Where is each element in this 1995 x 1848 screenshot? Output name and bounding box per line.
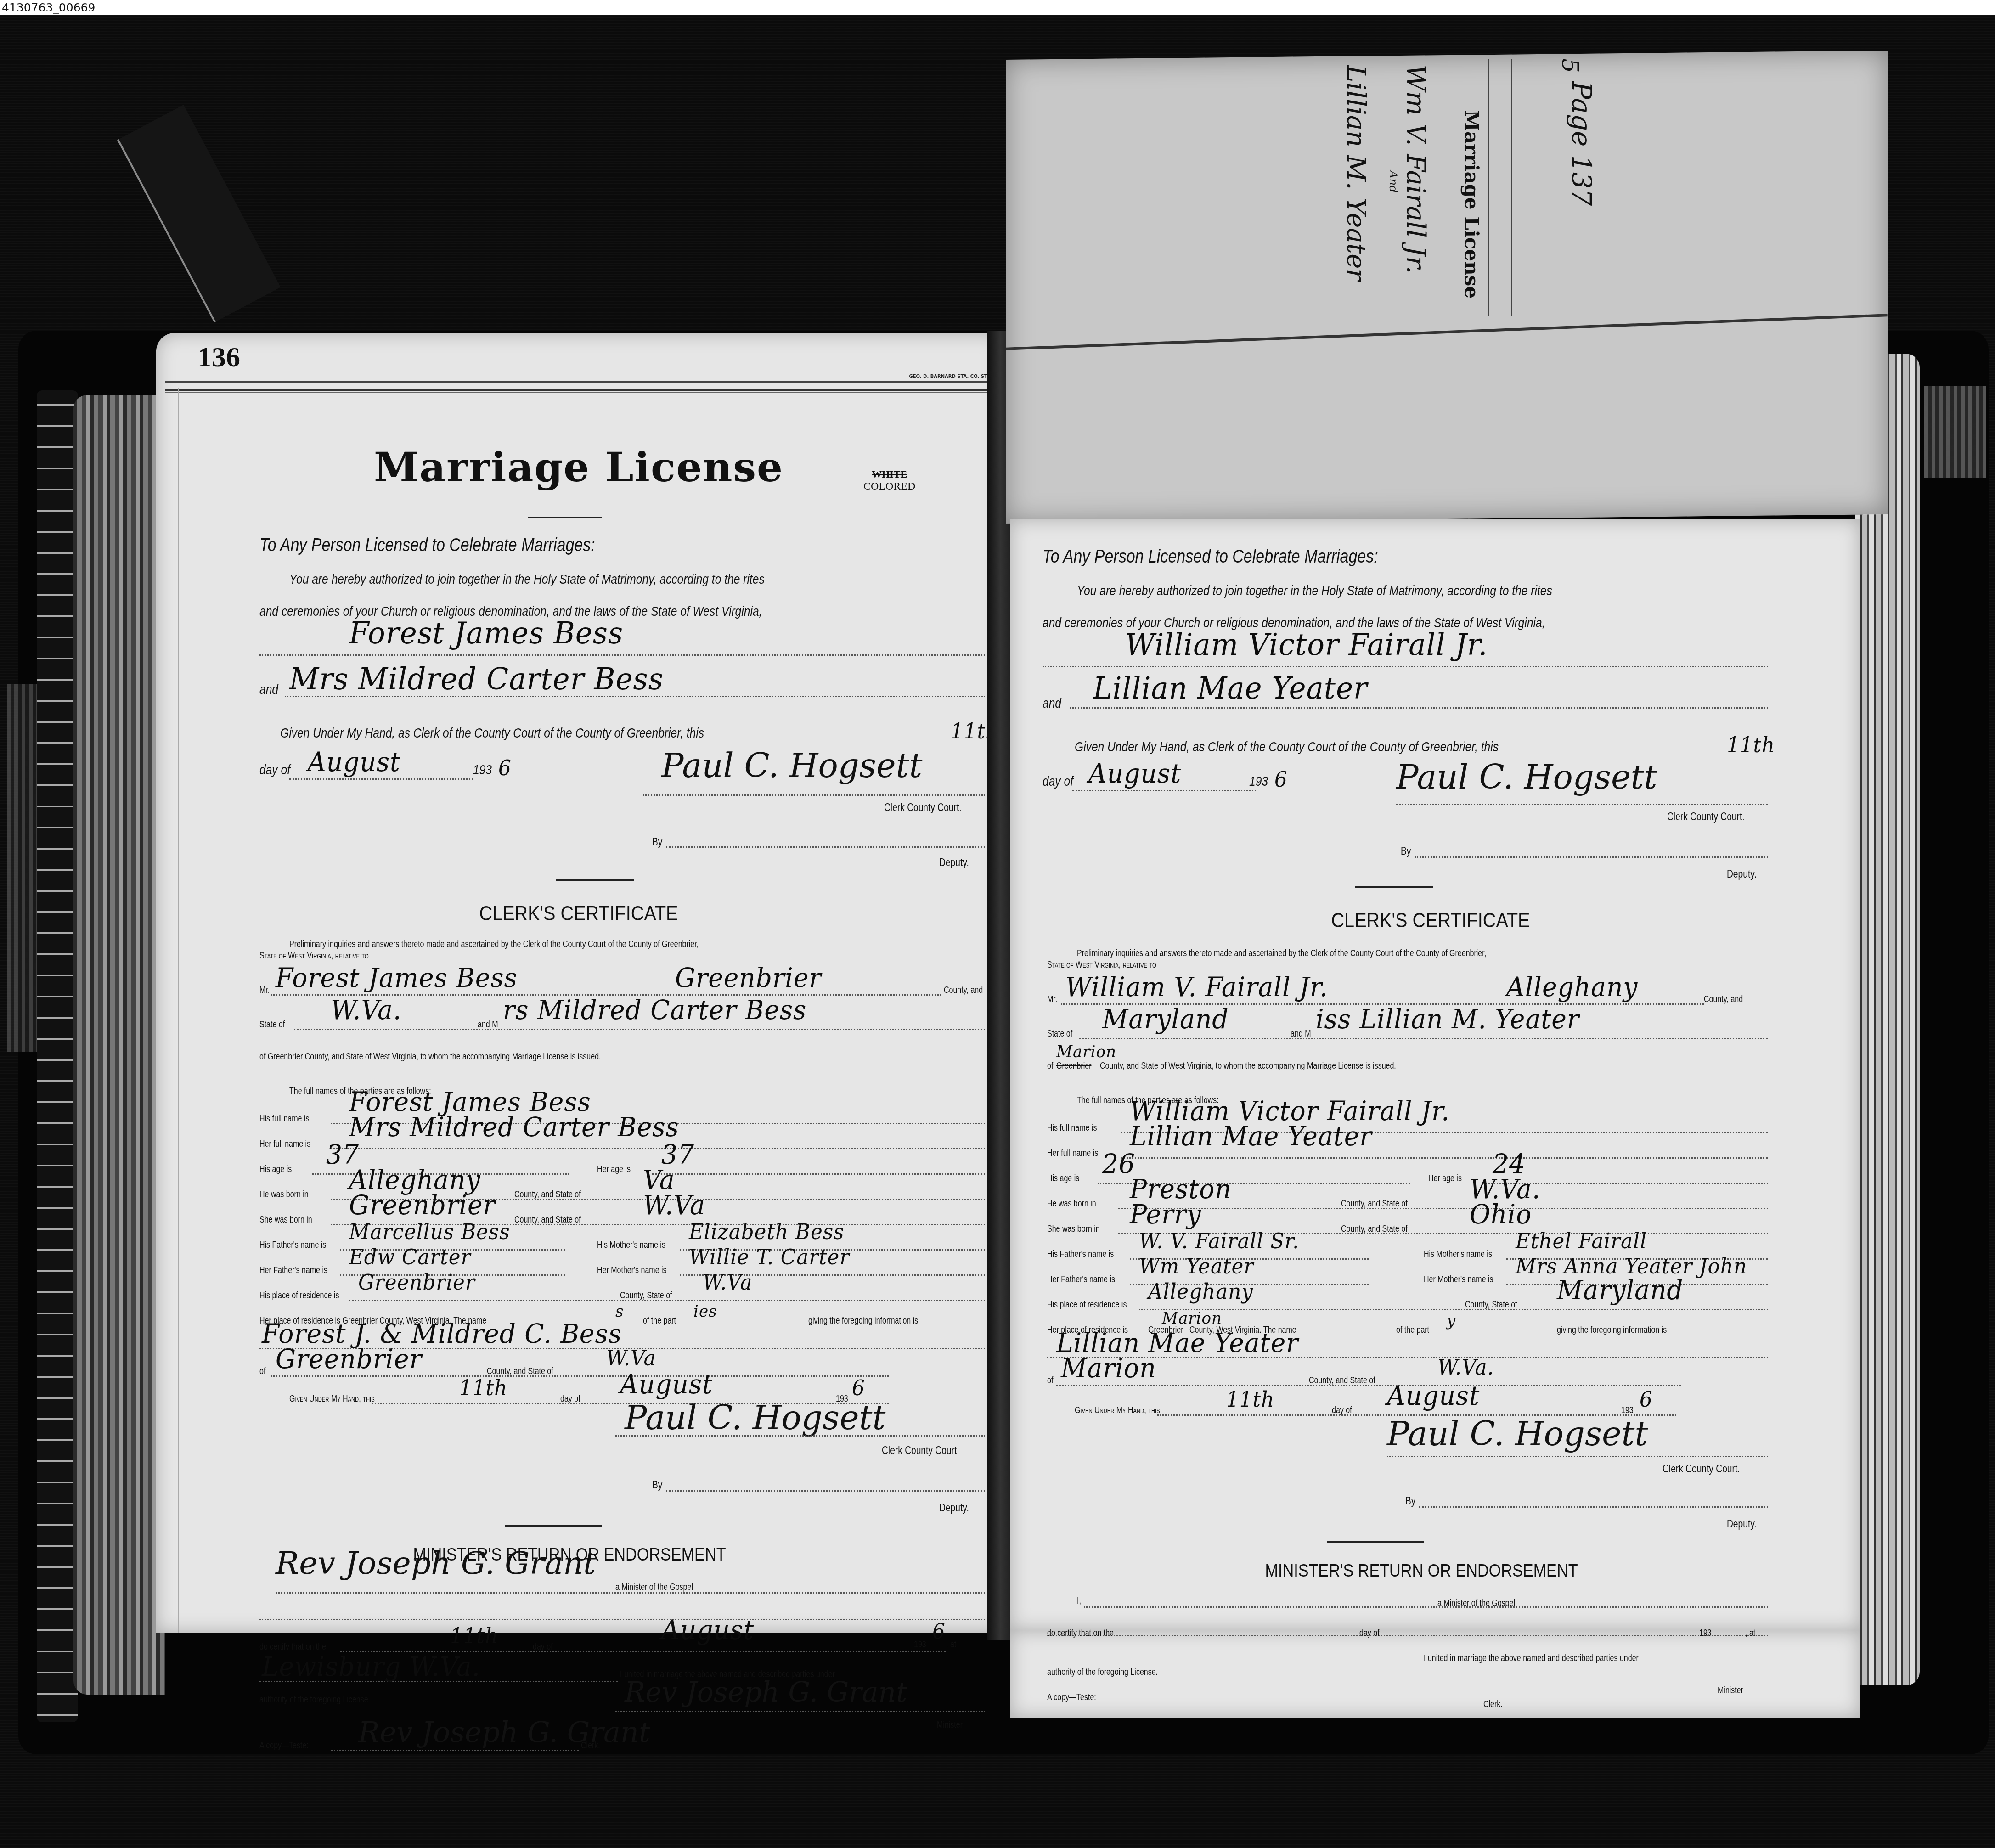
r-his-mother-label: His Mother's name is	[1424, 1249, 1492, 1260]
day-of-label: day of	[259, 762, 290, 778]
cert-deputy-label: Deputy.	[939, 1502, 969, 1515]
she-born-county: Greenbrier	[349, 1189, 496, 1221]
her-full-name-label: Her full name is	[259, 1139, 310, 1149]
ledger-spine	[37, 390, 78, 1722]
r-copy-clerk-label: Clerk.	[1483, 1699, 1503, 1710]
informant-of-label: of	[259, 1366, 265, 1377]
r-authority-line: authority of the foregoing License.	[1047, 1667, 1158, 1678]
minister-year-prefix: 193	[914, 1640, 926, 1650]
r-cert-day: 11th	[1226, 1387, 1274, 1412]
mr-label: Mr.	[259, 985, 270, 996]
race-struck: WHITE	[863, 468, 915, 480]
clerk-signature: Paul C. Hogsett	[661, 746, 922, 785]
r-party-suffix: y	[1447, 1311, 1456, 1330]
r-cert-of-county-line: County, and State of West Virginia, to w…	[1100, 1061, 1396, 1071]
r-her-father-label: Her Father's name is	[1047, 1274, 1115, 1285]
margin-rule	[178, 388, 179, 1633]
section-divider	[556, 879, 634, 881]
license-address: To Any Person Licensed to Celebrate Marr…	[259, 535, 595, 556]
r-his-residence-label: His place of residence is	[1047, 1300, 1127, 1310]
r-his-father: W. V. Fairall Sr.	[1139, 1228, 1299, 1253]
r-minister-year-prefix: 193	[1699, 1628, 1712, 1639]
cert-given-hand: Given Under My Hand, this	[289, 1394, 375, 1404]
license-year-suffix: 6	[498, 755, 512, 780]
cert-of-county-line: of Greenbrier County, and State of West …	[259, 1052, 601, 1062]
insert-page-ref: Page 137	[1566, 81, 1597, 206]
r-cert-given-hand: Given Under My Hand, this	[1075, 1405, 1160, 1416]
r-copy-teste-label: A copy—Teste:	[1047, 1692, 1096, 1703]
groom-name: Forest James Bess	[349, 615, 623, 651]
license-month: August	[308, 746, 400, 778]
she-county-state-label: County, and State of	[514, 1215, 581, 1225]
r-by-label: By	[1401, 845, 1411, 858]
r-he-county-state-label: County, and State of	[1341, 1199, 1408, 1209]
r-he-born-label: He was born in	[1047, 1199, 1096, 1209]
folded-insert: Page 137 5 Marriage License Wm V. Fairal…	[1006, 51, 1888, 524]
r-clerk-signature: Paul C. Hogsett	[1396, 758, 1657, 796]
license-line1: You are hereby authorized to join togeth…	[289, 572, 765, 587]
r-his-residence: Alleghany	[1148, 1279, 1253, 1304]
image-id-label: 4130763_00669	[2, 1, 95, 14]
r-bride-name: Lillian Mae Yeater	[1093, 670, 1368, 706]
by-label: By	[652, 836, 662, 849]
his-residence-label: His place of residence is	[259, 1290, 339, 1301]
cert-month: August	[620, 1369, 713, 1400]
cert-mr-county: Greenbrier	[675, 962, 822, 993]
r-and-m-label: and M	[1291, 1029, 1311, 1039]
his-full-name-label: His full name is	[259, 1114, 309, 1124]
r-minister-label: Minister	[1718, 1685, 1743, 1696]
he-born-label: He was born in	[259, 1189, 309, 1200]
r-cert-state-line: State of West Virginia, relative to	[1047, 960, 1156, 970]
minister-day: 11th	[450, 1623, 498, 1648]
clerk-label: Clerk County Court.	[884, 801, 962, 814]
r-minister-at-label: , at	[1745, 1628, 1755, 1639]
r-cert-clerk-signature: Paul C. Hogsett	[1387, 1414, 1648, 1453]
r-certify-label: do certify that on the	[1047, 1628, 1114, 1639]
page-edges-left	[73, 395, 165, 1695]
his-father-label: His Father's name is	[259, 1240, 326, 1251]
r-minister-of-gospel: a Minister of the Gospel	[1437, 1598, 1515, 1609]
race-stamp: WHITE COLORED	[863, 468, 915, 493]
r-of-the-part-label: of the part	[1396, 1325, 1429, 1335]
informant-state: W.Va	[606, 1346, 656, 1370]
cert-mr-name: Forest James Bess	[276, 962, 518, 993]
r-informant-county-state-label: County, and State of	[1309, 1375, 1375, 1386]
insert-header: Marriage License	[1460, 110, 1483, 299]
r-of-county-struck: Greenbrier	[1056, 1061, 1091, 1071]
his-mother-label: His Mother's name is	[597, 1240, 665, 1251]
r-cert-by-label: By	[1405, 1495, 1415, 1508]
cert-day-of: day of	[560, 1394, 580, 1404]
r-state-of-label: State of	[1047, 1029, 1072, 1039]
r-license-line1: You are hereby authorized to join togeth…	[1077, 583, 1552, 599]
r-informant-county: Marion	[1061, 1352, 1156, 1384]
license-year-prefix: 193	[473, 762, 492, 778]
r-informant-state: W.Va.	[1437, 1355, 1494, 1380]
insert-bride: Lillian M. Yeater	[1341, 65, 1371, 282]
header-rule-thin	[165, 392, 1001, 393]
of-the-part-label: of the part	[643, 1316, 676, 1326]
page-number: 136	[197, 341, 240, 374]
title-divider	[528, 517, 602, 518]
r-cert-mr-name: William V. Fairall Jr.	[1065, 971, 1328, 1003]
r-cert-ms-name: iss Lillian M. Yeater	[1316, 1003, 1579, 1035]
copy-teste-label: A copy—Teste:	[259, 1741, 309, 1751]
r-she-born-state: Ohio	[1470, 1199, 1532, 1230]
her-mother: Willie T. Carter	[689, 1245, 850, 1269]
she-born-state: W.Va	[643, 1189, 705, 1221]
r-mr-label: Mr.	[1047, 994, 1057, 1005]
bride-name: Mrs Mildred Carter Bess	[289, 661, 664, 697]
cert-ms-name: rs Mildred Carter Bess	[503, 994, 806, 1025]
r-license-year-suffix: 6	[1274, 767, 1288, 792]
image-header: 4130763_00669	[0, 0, 1995, 15]
r-she-county-state-label: County, and State of	[1341, 1224, 1408, 1234]
right-page-lower: do certify that on the day of 193 , at I…	[1010, 1630, 1860, 1718]
state-of-label: State of	[259, 1020, 285, 1030]
his-age-label: His age is	[259, 1164, 292, 1175]
r-cert-intro: Preliminary inquiries and answers theret…	[1077, 948, 1486, 959]
r-license-month: August	[1088, 758, 1181, 789]
r-his-father-label: His Father's name is	[1047, 1249, 1114, 1260]
right-page: To Any Person Licensed to Celebrate Marr…	[1010, 519, 1860, 1630]
marriage-place: Lewisburg W.Va.	[262, 1651, 480, 1682]
left-page: 136 GEO. D. BARNARD STA. CO. ST. LO Marr…	[156, 333, 1001, 1633]
r-cert-month: August	[1387, 1380, 1480, 1411]
r-his-full-name-label: His full name is	[1047, 1123, 1097, 1133]
r-clerks-certificate-title: CLERK'S CERTIFICATE	[1044, 909, 1817, 932]
printer-imprint: GEO. D. BARNARD STA. CO. ST. LO	[909, 374, 997, 379]
r-her-full-name-label: Her full name is	[1047, 1148, 1098, 1159]
clerks-certificate-title: CLERK'S CERTIFICATE	[198, 902, 959, 925]
she-born-label: She was born in	[259, 1215, 312, 1225]
minister-divider	[505, 1525, 602, 1527]
her-full-name: Mrs Mildred Carter Bess	[349, 1111, 679, 1143]
r-and-label: and	[1043, 696, 1061, 711]
r-of-county-written: Marion	[1056, 1042, 1116, 1061]
party-suffix: ies	[693, 1302, 717, 1321]
his-father: Marcellus Bess	[349, 1219, 510, 1244]
her-mother-label: Her Mother's name is	[597, 1265, 667, 1276]
r-her-full-name: Lillian Mae Yeater	[1130, 1121, 1372, 1152]
fold-crease	[1006, 314, 1887, 350]
r-cert-day-of: day of	[1332, 1405, 1352, 1416]
race-selected: COLORED	[863, 480, 915, 492]
r-informant-of-label: of	[1047, 1375, 1053, 1386]
cert-day: 11th	[459, 1375, 507, 1400]
r-she-born-county: Perry	[1130, 1199, 1201, 1230]
r-united-line: I united in marriage the above named and…	[1424, 1653, 1639, 1664]
cert-year-suffix: 6	[852, 1375, 865, 1400]
her-father: Edw Carter	[349, 1245, 471, 1269]
minister-of-gospel: a Minister of the Gospel	[615, 1582, 693, 1593]
minister-name: Rev Joseph G. Grant	[276, 1545, 596, 1582]
r-cert-mr-state: Maryland	[1102, 1003, 1229, 1035]
cert-clerk-label: Clerk County Court.	[882, 1444, 959, 1457]
r-minister-day-of: day of	[1359, 1628, 1380, 1639]
copy-clerk-label: Clerk.	[581, 1741, 600, 1751]
giving-info-label: giving the foregoing information is	[808, 1316, 918, 1326]
cloth-strip-right	[1924, 386, 1986, 478]
cert-intro: Preliminary inquiries and answers theret…	[289, 939, 699, 950]
his-res-county-state-label: County, State of	[620, 1290, 672, 1301]
his-mother: Elizabeth Bess	[689, 1219, 844, 1244]
given-line: Given Under My Hand, as Clerk of the Cou…	[280, 726, 704, 741]
r-cert-year-suffix: 6	[1640, 1387, 1653, 1412]
county-and-label: County, and	[944, 985, 983, 996]
minister-year-suffix: 6	[932, 1619, 946, 1644]
r-his-residence-state: Maryland	[1557, 1274, 1684, 1306]
r-of-prefix: of	[1047, 1061, 1053, 1071]
r-section-divider	[1355, 886, 1433, 888]
r-giving-info-label: giving the foregoing information is	[1557, 1325, 1667, 1335]
minister-month: August	[661, 1614, 754, 1645]
and-label: and	[259, 682, 278, 698]
her-age-label: Her age is	[597, 1164, 631, 1175]
deputy-label: Deputy.	[939, 856, 969, 869]
minister-at-label: , at	[946, 1640, 956, 1650]
r-her-mother-label: Her Mother's name is	[1424, 1274, 1493, 1285]
cert-clerk-signature: Paul C. Hogsett	[625, 1398, 885, 1437]
his-residence: Greenbrier	[358, 1270, 475, 1295]
informant-county: Greenbrier	[276, 1343, 422, 1375]
r-day-of-label: day of	[1043, 774, 1073, 789]
r-minister-divider	[1327, 1541, 1424, 1543]
minister-label: Minister	[937, 1720, 963, 1730]
r-his-res-county-state-label: County, State of	[1465, 1300, 1517, 1310]
r-cert-clerk-label: Clerk County Court.	[1662, 1463, 1740, 1476]
page-edges-right	[1855, 354, 1920, 1685]
r-county-and-label: County, and	[1704, 994, 1743, 1005]
authority-line: authority of the foregoing License.	[259, 1695, 370, 1705]
insert-and: And	[1387, 170, 1400, 192]
r-groom-name: William Victor Fairall Jr.	[1125, 627, 1488, 662]
header-rule	[165, 381, 1001, 391]
cert-by-label: By	[652, 1479, 662, 1492]
insert-number-fragment: 5	[1557, 58, 1584, 73]
insert-groom: Wm V. Fairall Jr.	[1401, 64, 1431, 274]
r-her-age-label: Her age is	[1428, 1173, 1462, 1184]
r-i-label: I,	[1077, 1596, 1081, 1606]
cert-mr-state: W.Va.	[331, 994, 401, 1025]
r-minister-title: MINISTER'S RETURN OR ENDORSEMENT	[1027, 1561, 1816, 1581]
minister-day-of: day of	[533, 1642, 553, 1652]
r-license-address: To Any Person Licensed to Celebrate Marr…	[1043, 547, 1378, 567]
r-his-age-label: His age is	[1047, 1173, 1079, 1184]
and-m-label: and M	[478, 1020, 498, 1030]
his-residence-state: W.Va	[703, 1270, 753, 1295]
r-his-mother: Ethel Fairall	[1516, 1228, 1647, 1253]
r-cert-deputy-label: Deputy.	[1727, 1518, 1757, 1531]
r-her-father: Wm Yeater	[1139, 1254, 1254, 1279]
r-given-line: Given Under My Hand, as Clerk of the Cou…	[1075, 739, 1499, 755]
minister-signature: Rev Joseph G. Grant	[625, 1676, 907, 1708]
r-cert-mr-county: Alleghany	[1506, 971, 1638, 1003]
he-county-state-label: County, and State of	[514, 1189, 581, 1200]
her-father-label: Her Father's name is	[259, 1265, 327, 1276]
r-license-day: 11th	[1727, 732, 1775, 757]
cert-state-line: State of West Virginia, relative to	[259, 951, 369, 961]
copy-signature: Rev Joseph G. Grant	[358, 1715, 650, 1749]
r-license-year-prefix: 193	[1249, 774, 1268, 789]
r-deputy-label: Deputy.	[1727, 868, 1757, 881]
r-clerk-label: Clerk County Court.	[1667, 811, 1745, 823]
r-she-born-label: She was born in	[1047, 1224, 1100, 1234]
